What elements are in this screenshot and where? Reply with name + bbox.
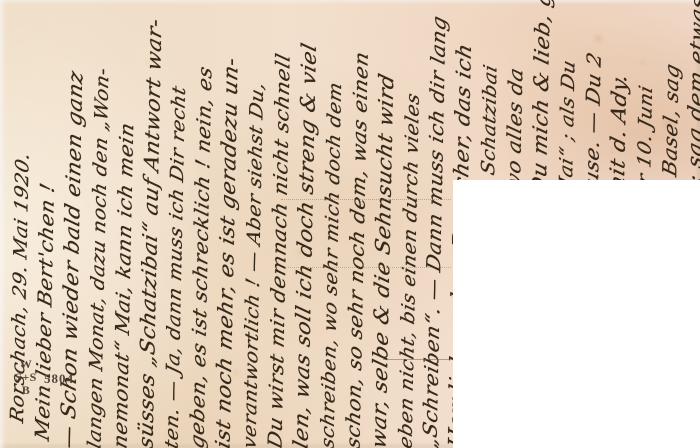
crease-line: [383, 359, 452, 360]
crease-line: [281, 199, 451, 200]
publisher-number: 5804: [44, 371, 74, 387]
crease-line: [286, 267, 451, 268]
white-patch: [453, 180, 700, 448]
postcard-scan: Rorschach, 29. Mai 1920.Mein lieber Bert…: [0, 0, 700, 448]
publisher-mark-bottom: B: [6, 384, 46, 397]
publisher-mark: W S+S B: [6, 358, 46, 397]
